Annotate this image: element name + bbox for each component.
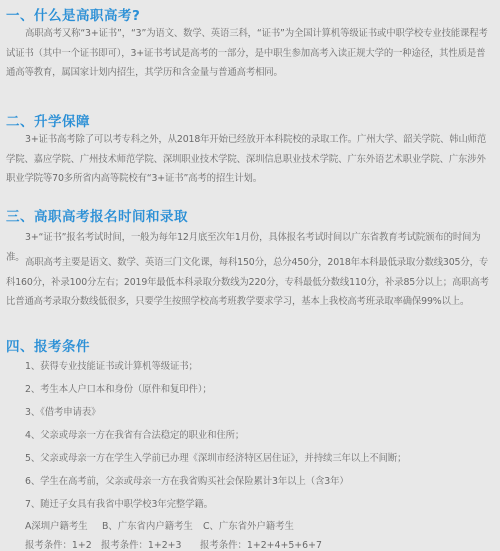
requirement-item-4: 4、父亲或母亲一方在我省有合法稳定的职业和住所； (25, 427, 244, 441)
section-title-registration: 三、高职高考报名时间和录取 (6, 205, 188, 225)
category-c-label: C、广东省外户籍考生 (203, 518, 294, 532)
section-1-paragraph: 高职高考又称“3+证书”，“3”为语文、数学、英语三科，“证书”为全国计算机等级… (6, 24, 494, 83)
requirement-item-5: 5、父亲或母亲一方在学生入学前已办理《深圳市经济特区居住证》，并持续三年以上不间… (25, 450, 406, 464)
section-title-requirements: 四、报考条件 (6, 335, 90, 355)
category-a-label: A深圳户籍考生 (25, 518, 88, 532)
category-a-condition: 报考条件：1+2 (25, 537, 92, 551)
category-b-label: B、广东省内户籍考生 (102, 518, 193, 532)
category-c-condition: 报考条件：1+2+4+5+6+7 (200, 537, 322, 551)
section-2-paragraph: 3+证书高考除了可以考专科之外，从2018年开始已经放开本科院校的录取工作。广州… (6, 130, 494, 189)
section-3-paragraph-2: 高职高考主要是语文、数学、英语三门文化课，每科150分，总分450分，2018年… (6, 253, 494, 312)
requirement-item-3: 3、《借考申请表》 (25, 404, 100, 418)
requirement-item-2: 2、考生本人户口本和身份（原件和复印件）； (25, 381, 212, 395)
category-b-condition: 报考条件：1+2+3 (101, 537, 181, 551)
requirement-item-6: 6、学生在高考前，父亲或母亲一方在我省购买社会保险累计3年以上（含3年） (25, 473, 349, 487)
requirement-item-7: 7、随迁子女具有我省中职学校3年完整学籍。 (25, 496, 213, 510)
section-title-guarantee: 二、升学保障 (6, 110, 90, 130)
section-title-what-is: 一、什么是高职高考? (6, 4, 140, 24)
document-page: 一、什么是高职高考? 高职高考又称“3+证书”，“3”为语文、数学、英语三科，“… (0, 0, 500, 551)
requirement-item-1: 1、获得专业技能证书或计算机等级证书； (25, 358, 198, 372)
